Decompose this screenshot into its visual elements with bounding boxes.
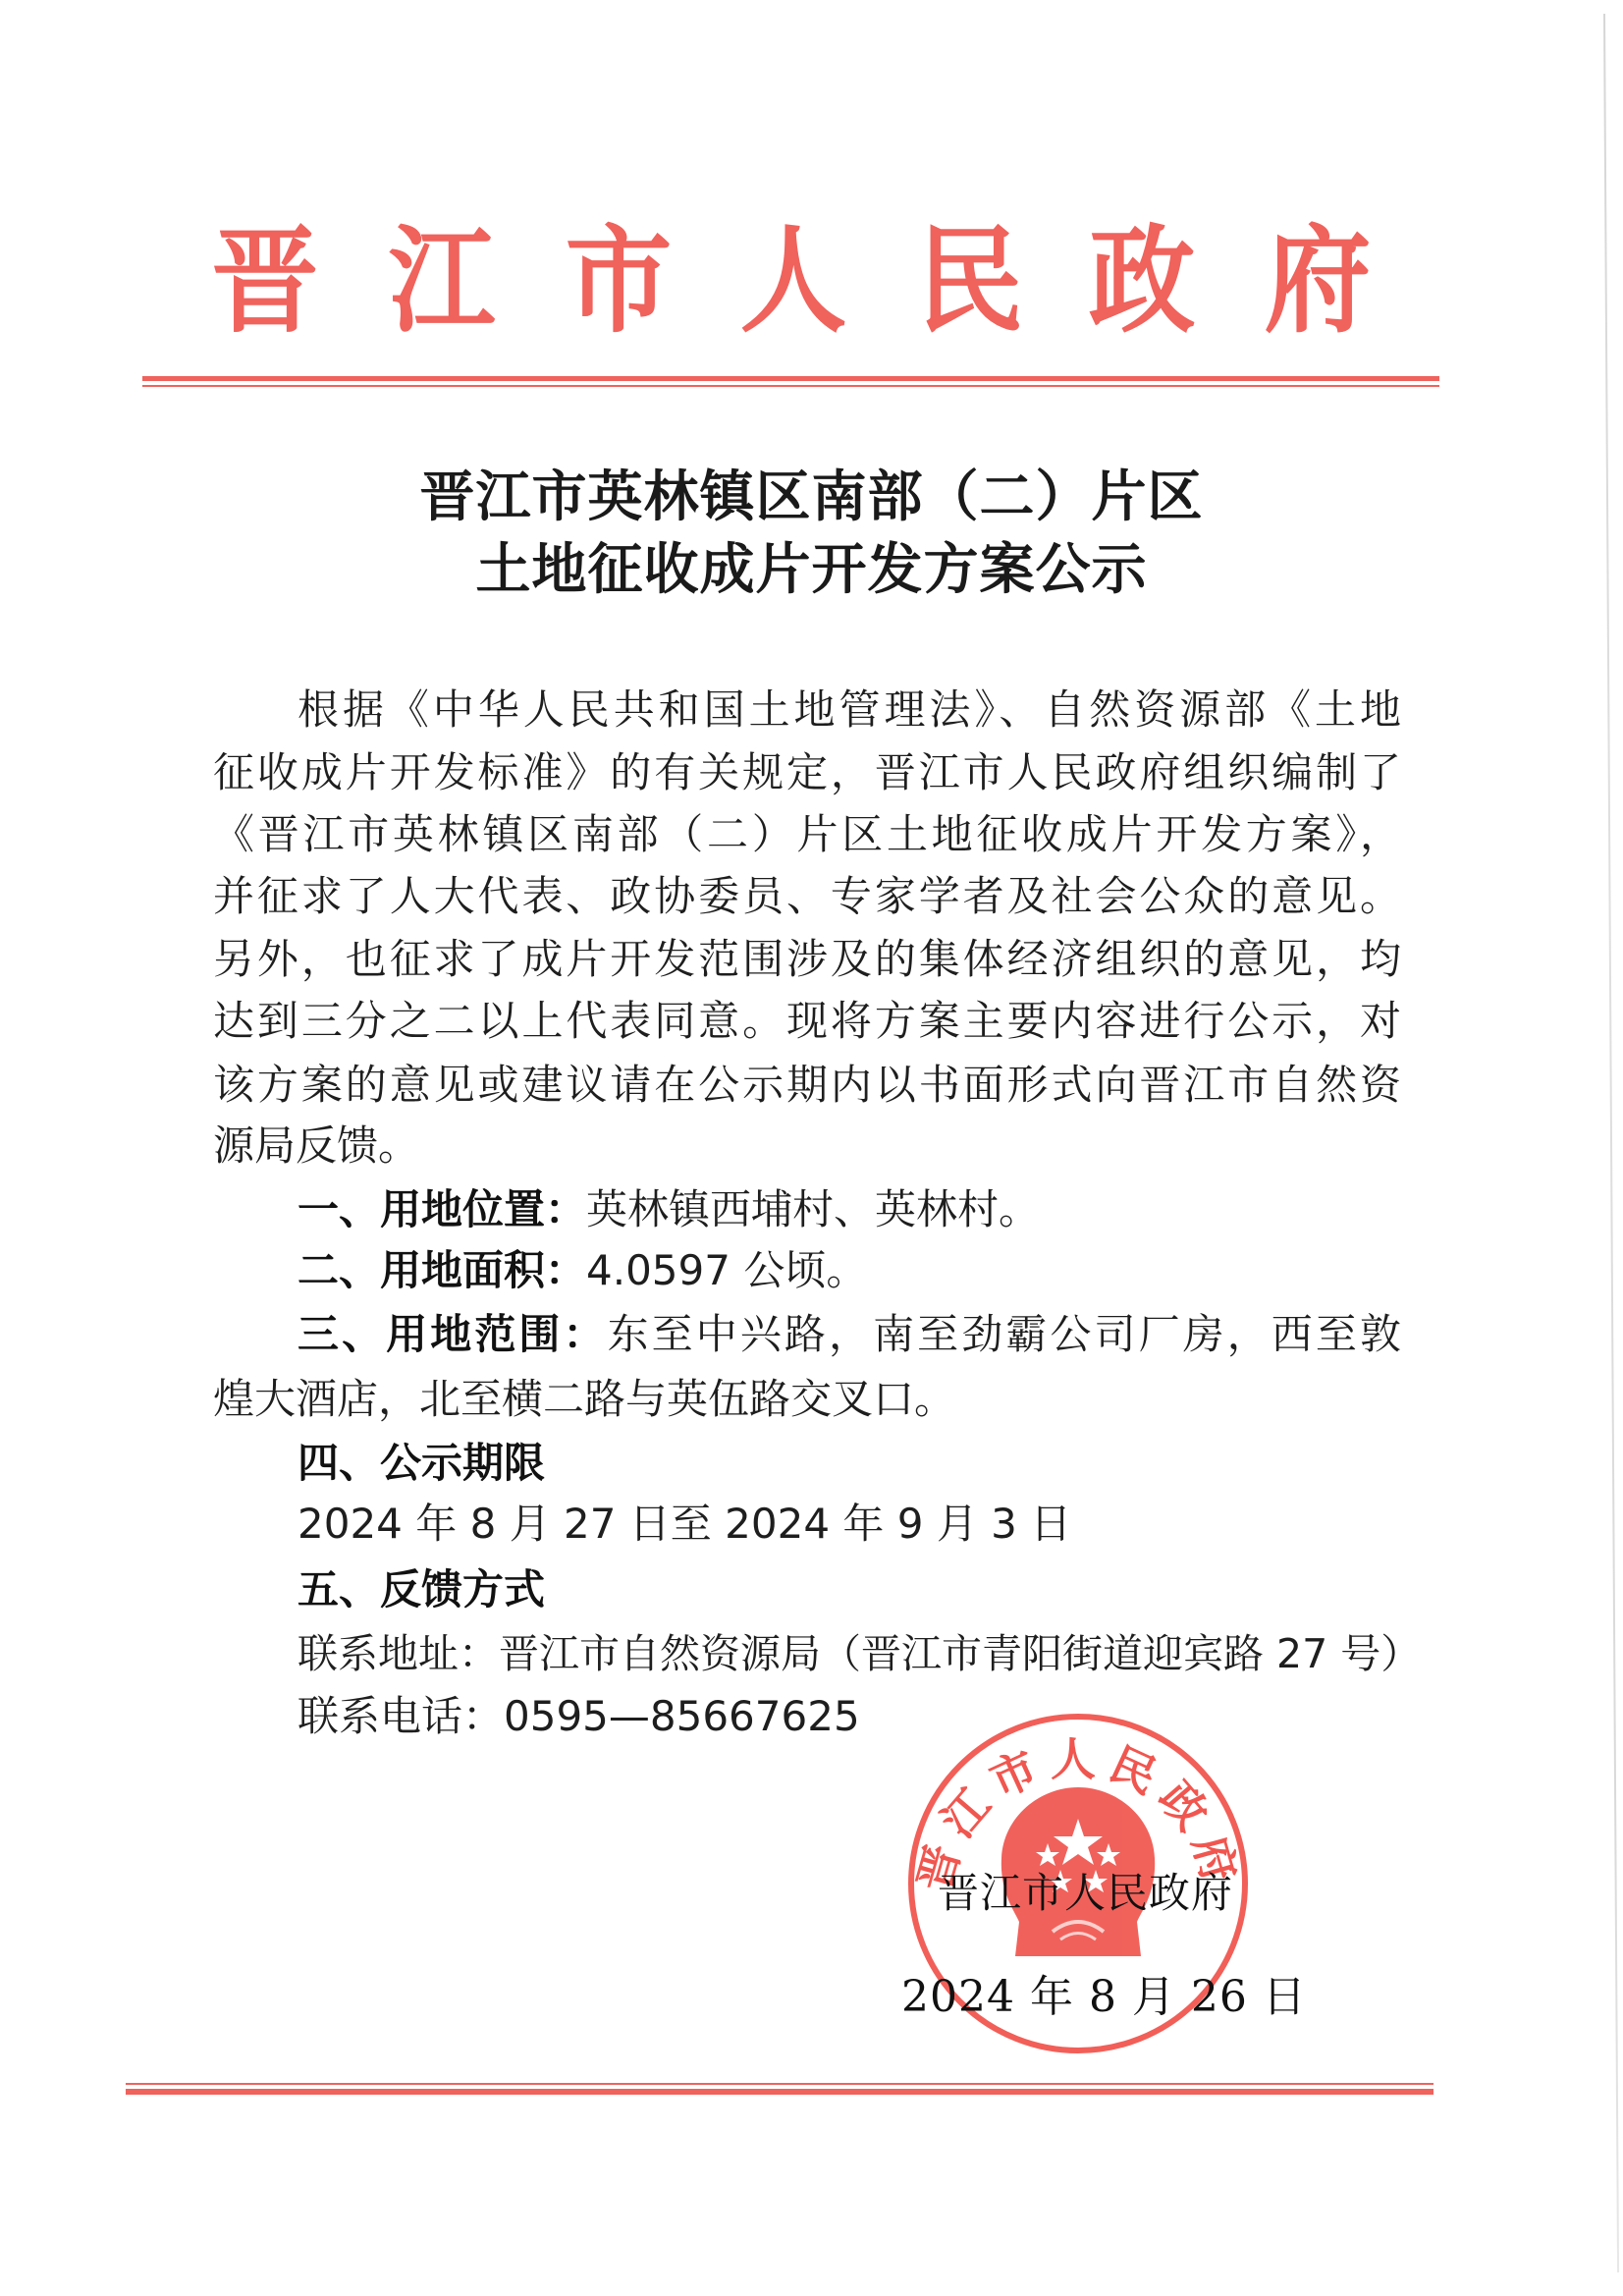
masthead-char: 人: [739, 214, 847, 347]
item-value: 英林镇西埔村、英林村。: [586, 1185, 1040, 1233]
masthead-char: 晋: [211, 214, 319, 347]
item-period-heading: 四、公示期限: [298, 1432, 1401, 1495]
masthead-rule-thick: [142, 376, 1439, 381]
paragraph-line: 并征求了人大代表、政协委员、专家学者及社会公众的意见。: [213, 865, 1401, 928]
footer-rule-thick: [126, 2089, 1434, 2095]
paragraph-line: 征收成片开发标准》的有关规定，晋江市人民政府组织编制了: [213, 741, 1401, 804]
paragraph-line: 《晋江市英林镇区南部（二）片区土地征收成片开发方案》，: [213, 803, 1401, 866]
masthead-rule-thin: [142, 385, 1439, 387]
scan-edge: [1603, 14, 1619, 2272]
masthead-char: 政: [1088, 214, 1196, 347]
document-title-line-1: 晋江市英林镇区南部（二）片区: [0, 467, 1623, 526]
item-heading: 四、公示期限: [298, 1439, 545, 1487]
paragraph-line: 根据《中华人民共和国土地管理法》、自然资源部《土地: [298, 679, 1401, 741]
masthead-char: 市: [565, 214, 673, 347]
item-scope-continued: 煌大酒店，北至横二路与英伍路交叉口。: [213, 1368, 1401, 1431]
issuer-signature: 晋江市人民政府: [938, 1869, 1233, 1918]
item-heading: 一、用地位置：: [298, 1185, 586, 1233]
masthead: 晋 江 市 人 民 政 府: [0, 214, 1623, 347]
item-value: 东至中兴路，南至劲霸公司厂房，西至敦: [608, 1310, 1401, 1358]
item-scope: 三、用地范围：东至中兴路，南至劲霸公司厂房，西至敦: [298, 1303, 1401, 1366]
masthead-char: 江: [388, 214, 496, 347]
item-area: 二、用地面积：4.0597 公顷。: [298, 1239, 1401, 1302]
item-feedback-address: 联系地址：晋江市自然资源局（晋江市青阳街道迎宾路 27 号）: [298, 1622, 1401, 1685]
paragraph-line: 达到三分之二以上代表同意。现将方案主要内容进行公示，对: [213, 990, 1401, 1053]
masthead-char: 民: [916, 214, 1024, 347]
masthead-char: 府: [1264, 214, 1372, 347]
document-title-line-2: 土地征收成片开发方案公示: [0, 540, 1623, 599]
item-value: 4.0597 公顷。: [586, 1246, 867, 1294]
issue-date: 2024 年 8 月 26 日: [901, 1973, 1307, 2022]
paragraph-line: 源局反馈。: [213, 1115, 1401, 1177]
paragraph-line: 该方案的意见或建议请在公示期内以书面形式向晋江市自然资: [213, 1054, 1401, 1117]
item-location: 一、用地位置：英林镇西埔村、英林村。: [298, 1178, 1401, 1241]
item-heading: 三、用地范围：: [298, 1310, 608, 1358]
paragraph-line: 另外，也征求了成片开发范围涉及的集体经济组织的意见，均: [213, 928, 1401, 991]
item-heading: 二、用地面积：: [298, 1246, 586, 1294]
footer-rule-thin: [126, 2083, 1434, 2085]
item-feedback-heading: 五、反馈方式: [298, 1558, 1401, 1621]
item-period-value: 2024 年 8 月 27 日至 2024 年 9 月 3 日: [298, 1493, 1401, 1556]
item-heading: 五、反馈方式: [298, 1565, 545, 1613]
